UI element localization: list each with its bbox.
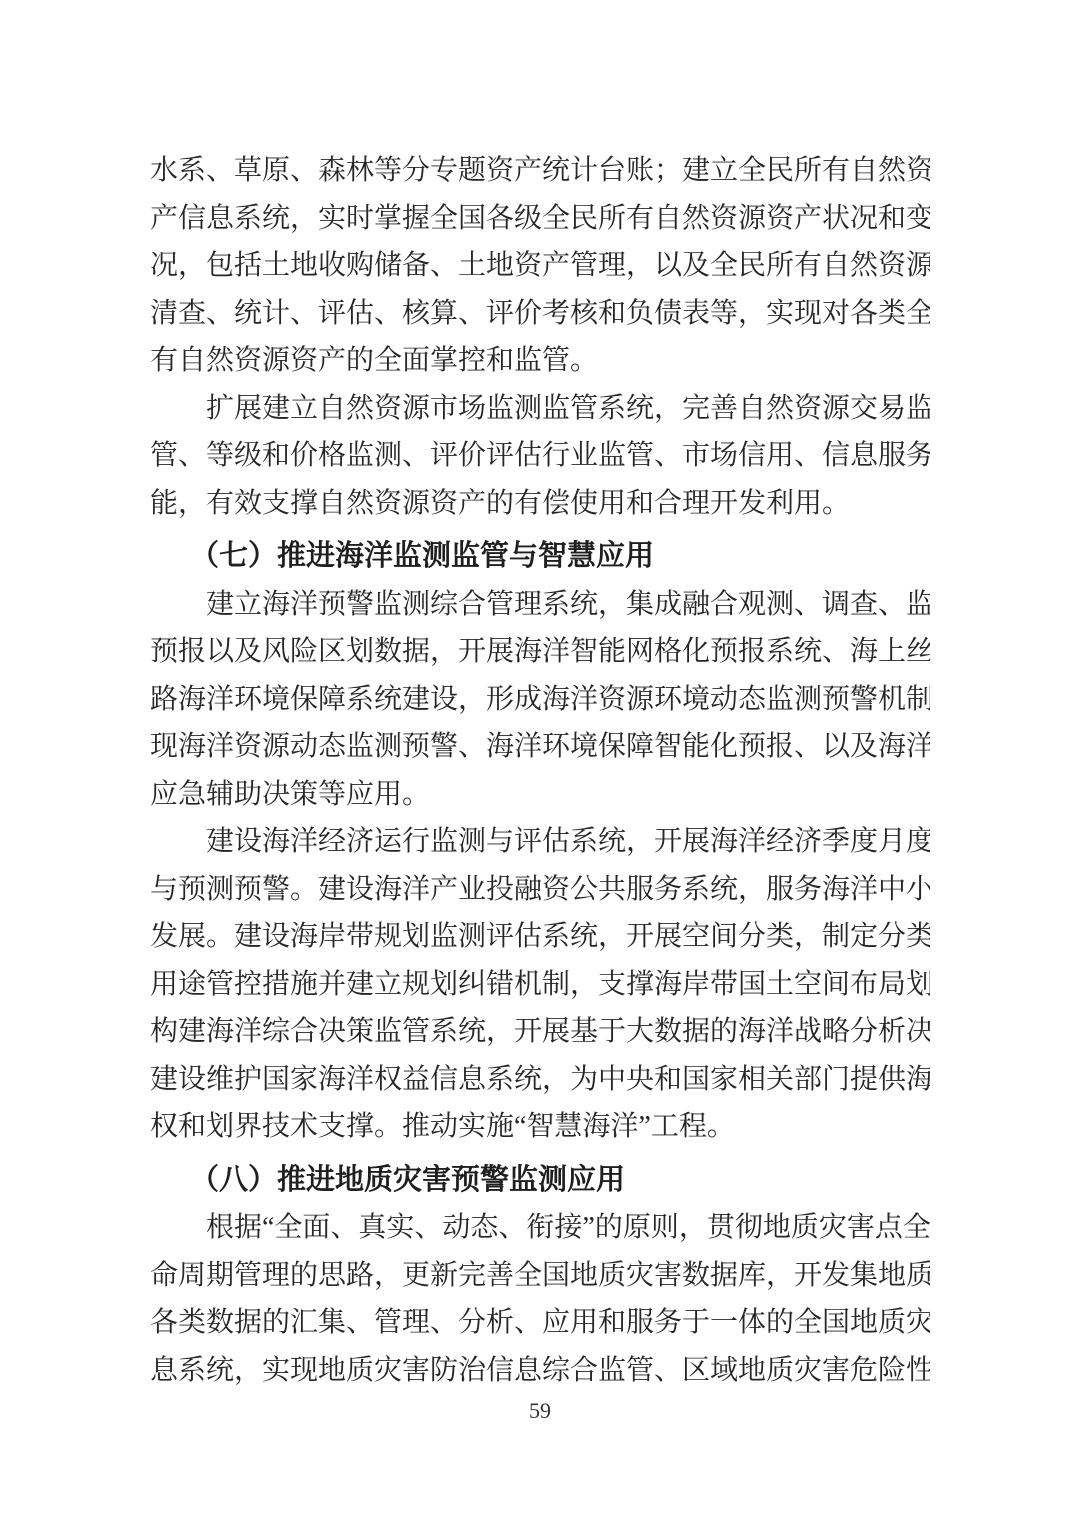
text-line: 路海洋环境保障系统建设，形成海洋资源环境动态监测预警机制，实 [150, 676, 930, 724]
text-line: 权和划界技术支撑。推动实施“智慧海洋”工程。 [150, 1103, 930, 1151]
text-line: 建设维护国家海洋权益信息系统，为中央和国家相关部门提供海洋维 [150, 1056, 930, 1104]
text-line: 应急辅助决策等应用。 [150, 771, 930, 819]
page-number: 59 [0, 1396, 1080, 1426]
text-line: 扩展建立自然资源市场监测监管系统，完善自然资源交易监测监 [150, 385, 930, 433]
text-line: 与预测预警。建设海洋产业投融资公共服务系统，服务海洋中小企业 [150, 866, 930, 914]
text-line: 构建海洋综合决策监管系统，开展基于大数据的海洋战略分析决策。 [150, 1008, 930, 1056]
paragraph-asset-ledger: 水系、草原、森林等分专题资产统计台账；建立全民所有自然资源资 产信息系统，实时掌… [150, 147, 930, 385]
text-line: 发展。建设海岸带规划监测评估系统，开展空间分类，制定分类空间 [150, 913, 930, 961]
text-line: 命周期管理的思路，更新完善全国地质灾害数据库，开发集地质灾害 [150, 1252, 930, 1300]
text-line: 有自然资源资产的全面掌控和监管。 [150, 337, 930, 385]
text-line: 现海洋资源动态监测预警、海洋环境保障智能化预报、以及海洋灾害 [150, 723, 930, 771]
text-line: 管、等级和价格监测、评价评估行业监管、市场信用、信息服务等功 [150, 432, 930, 480]
document-page: 水系、草原、森林等分专题资产统计台账；建立全民所有自然资源资 产信息系统，实时掌… [0, 0, 1080, 1527]
text-line: 水系、草原、森林等分专题资产统计台账；建立全民所有自然资源资 [150, 147, 930, 195]
section-heading-seven: （七）推进海洋监测监管与智慧应用 [150, 533, 930, 581]
text-line: 建设海洋经济运行监测与评估系统，开展海洋经济季度月度分析 [150, 818, 930, 866]
paragraph-market-monitoring: 扩展建立自然资源市场监测监管系统，完善自然资源交易监测监 管、等级和价格监测、评… [150, 385, 930, 528]
text-line: 况，包括土地收购储备、土地资产管理，以及全民所有自然资源资产 [150, 242, 930, 290]
section-heading-eight: （八）推进地质灾害预警监测应用 [150, 1157, 930, 1205]
text-line: 根据“全面、真实、动态、衔接”的原则，贯彻地质灾害点全生 [150, 1204, 930, 1252]
paragraph-geohazard: 根据“全面、真实、动态、衔接”的原则，贯彻地质灾害点全生 命周期管理的思路，更新… [150, 1204, 930, 1394]
text-line: 各类数据的汇集、管理、分析、应用和服务于一体的全国地质灾害信 [150, 1299, 930, 1347]
text-line: 用途管控措施并建立规划纠错机制，支撑海岸带国土空间布局划定。 [150, 961, 930, 1009]
text-line: 预报以及风险区划数据，开展海洋智能网格化预报系统、海上丝绸之 [150, 628, 930, 676]
paragraph-ocean-warning: 建立海洋预警监测综合管理系统，集成融合观测、调查、监测、 预报以及风险区划数据，… [150, 581, 930, 819]
text-line: 清查、统计、评估、核算、评价考核和负债表等，实现对各类全民所 [150, 290, 930, 338]
text-line: 息系统，实现地质灾害防治信息综合监管、区域地质灾害危险性和风 [150, 1347, 930, 1395]
text-line: 建立海洋预警监测综合管理系统，集成融合观测、调查、监测、 [150, 581, 930, 629]
text-line: 产信息系统，实时掌握全国各级全民所有自然资源资产状况和变化情 [150, 195, 930, 243]
paragraph-ocean-economy: 建设海洋经济运行监测与评估系统，开展海洋经济季度月度分析 与预测预警。建设海洋产… [150, 818, 930, 1151]
text-line: 能，有效支撑自然资源资产的有偿使用和合理开发利用。 [150, 480, 930, 528]
